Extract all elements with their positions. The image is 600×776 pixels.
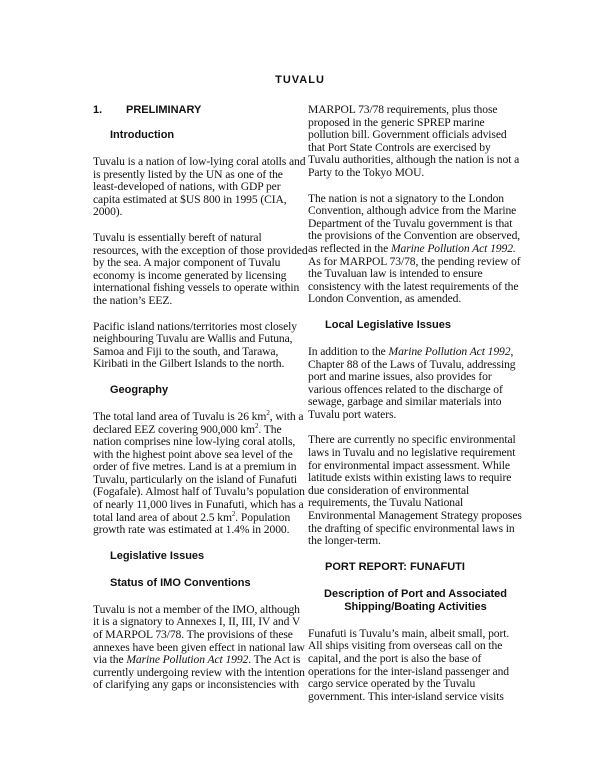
section-number: 1. [93, 104, 126, 117]
paragraph-intro-3: Pacific island nations/territories most … [93, 321, 308, 371]
act-title: Marine Pollution Act 1992 [389, 345, 511, 358]
paragraph-intro-1: Tuvalu is a nation of low-lying coral at… [93, 156, 308, 219]
right-column: MARPOL 73/78 requirements, plus those pr… [308, 104, 523, 716]
paragraph-local-2: There are currently no specific environm… [308, 434, 523, 547]
paragraph-local-1: In addition to the Marine Pollution Act … [308, 346, 523, 422]
act-title: Marine Pollution Act 1992 [126, 653, 248, 666]
heading-legislative-issues: Legislative Issues [110, 550, 308, 563]
paragraph-imo: Tuvalu is not a member of the IMO, altho… [93, 604, 308, 692]
paragraph-intro-2: Tuvalu is essentially bereft of natural … [93, 232, 308, 308]
heading-imo-conventions: Status of IMO Conventions [110, 577, 308, 590]
heading-geography: Geography [110, 384, 308, 397]
paragraph-london-convention: The nation is not a signatory to the Lon… [308, 193, 523, 306]
text-run: As for MARPOL 73/78, the pending review … [308, 255, 520, 306]
paragraph-geography: The total land area of Tuvalu is 26 km2,… [93, 411, 308, 537]
left-column: 1.PRELIMINARY Introduction Tuvalu is a n… [93, 104, 308, 705]
heading-port-report: PORT REPORT: FUNAFUTI [325, 561, 523, 574]
heading-local-legislative: Local Legislative Issues [325, 319, 523, 332]
section-title: PRELIMINARY [126, 104, 201, 116]
heading-introduction: Introduction [110, 129, 308, 142]
act-title: Marine Pollution Act 1992. [391, 242, 516, 255]
heading-port-description: Description of Port and Associated Shipp… [308, 588, 523, 614]
paragraph-port-description: Funafuti is Tuvalu’s main, albeit small,… [308, 628, 523, 704]
page-title: TUVALU [0, 74, 600, 86]
paragraph-marpol-continued: MARPOL 73/78 requirements, plus those pr… [308, 104, 523, 180]
text-run: In addition to the [308, 345, 389, 358]
text-run: The total land area of Tuvalu is 26 km [93, 410, 266, 423]
section-heading-preliminary: 1.PRELIMINARY [93, 104, 308, 117]
text-run: . The nation comprises nine low-lying co… [93, 423, 305, 524]
